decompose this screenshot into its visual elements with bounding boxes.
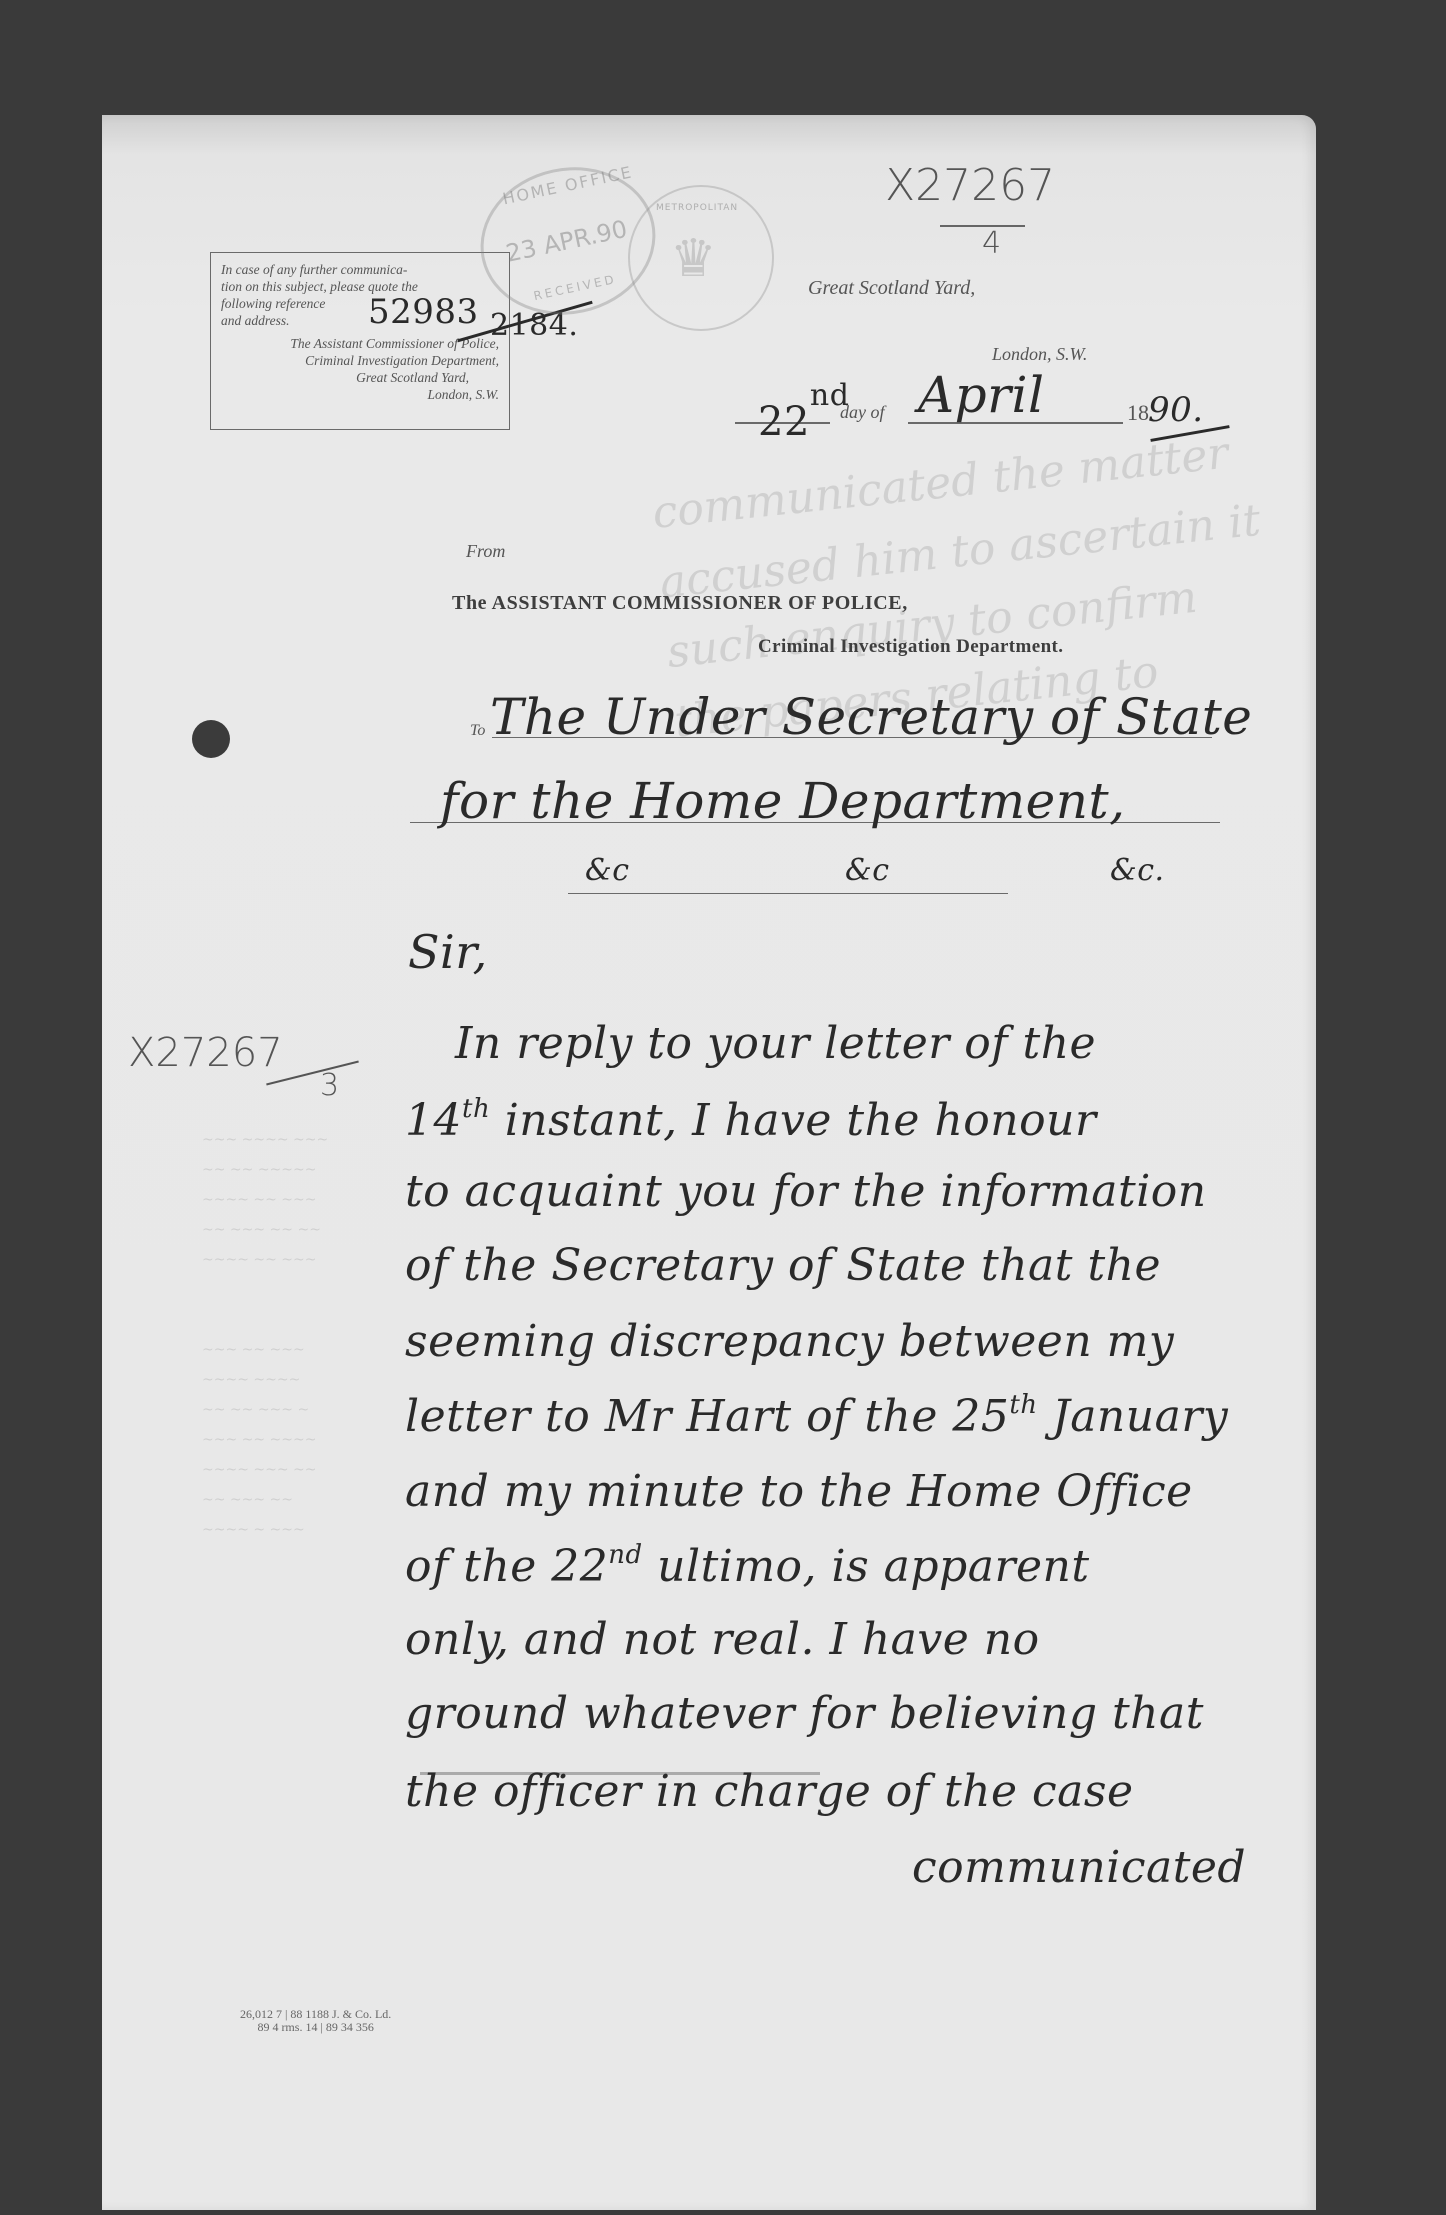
- body-line-2: 14th instant, I have the honour: [405, 1094, 1096, 1146]
- body-line-7: and my minute to the Home Office: [405, 1466, 1193, 1517]
- reference-address-4: London, S.W.: [221, 386, 499, 403]
- year-printed: 18: [1127, 400, 1149, 426]
- sender-department: Criminal Investigation Department.: [758, 636, 1063, 658]
- body-line-8: of the 22nd ultimo, is apparent: [405, 1540, 1090, 1592]
- file-reference-margin: X27267: [128, 1030, 283, 1076]
- margin-bleed-notes: ~~~ ~~~~ ~~~~~ ~~ ~~~~~~~~~ ~~ ~~~~~ ~~~…: [202, 1125, 362, 1545]
- date-month: April: [918, 366, 1045, 424]
- file-reference-top-sub: 4: [982, 226, 1001, 261]
- reference-box: In case of any further communica- tion o…: [210, 252, 510, 430]
- body-line-5: seeming discrepancy between my: [405, 1316, 1174, 1367]
- printer-imprint: 26,012 7 | 88 1188 J. & Co. Ld. 89 4 rms…: [240, 2008, 391, 2034]
- salutation: Sir,: [408, 925, 488, 979]
- etc-1: &c: [585, 853, 630, 888]
- day-of-label: day of: [840, 402, 885, 423]
- body-line-6: letter to Mr Hart of the 25th January: [405, 1390, 1228, 1442]
- body-line-1: In reply to your letter of the: [455, 1018, 1096, 1069]
- from-label: From: [466, 541, 505, 562]
- sender-name: The ASSISTANT COMMISSIONER OF POLICE,: [452, 592, 908, 615]
- recipient-line-2: for the Home Department,: [440, 772, 1125, 830]
- punch-hole: [192, 720, 230, 758]
- handwritten-reference-number: 52983: [368, 292, 479, 332]
- body-line-10: ground whatever for believing that: [405, 1688, 1204, 1739]
- letterhead-address-2: London, S.W.: [992, 344, 1087, 365]
- letterhead-address-1: Great Scotland Yard,: [808, 277, 975, 300]
- reference-address-2: Criminal Investigation Department,: [221, 352, 499, 369]
- etc-3: &c.: [1110, 853, 1165, 888]
- reference-instruction-1: In case of any further communica-: [221, 261, 499, 278]
- recipient-line-1: The Under Secretary of State: [490, 688, 1252, 746]
- body-line-9: only, and not real. I have no: [405, 1614, 1040, 1665]
- date-day: 22nd: [758, 378, 849, 445]
- reference-address-3: Great Scotland Yard,: [221, 369, 499, 386]
- file-reference-margin-sub: 3: [320, 1068, 339, 1103]
- etc-2: &c: [845, 853, 890, 888]
- etc-rule: [568, 893, 1008, 894]
- crest-icon: ♛: [670, 229, 717, 289]
- body-line-11: the officer in charge of the case: [405, 1766, 1134, 1817]
- reference-address-1: The Assistant Commissioner of Police,: [221, 335, 499, 352]
- body-line-3: to acquaint you for the information: [405, 1166, 1207, 1217]
- metropolitan-police-seal: METROPOLITAN ♛: [628, 185, 774, 331]
- catchword: communicated: [912, 1842, 1246, 1893]
- body-line-4: of the Secretary of State that the: [405, 1240, 1161, 1291]
- to-label: To: [470, 722, 485, 740]
- year-handwritten: 90.: [1148, 390, 1204, 430]
- file-reference-top: X27267: [885, 160, 1055, 211]
